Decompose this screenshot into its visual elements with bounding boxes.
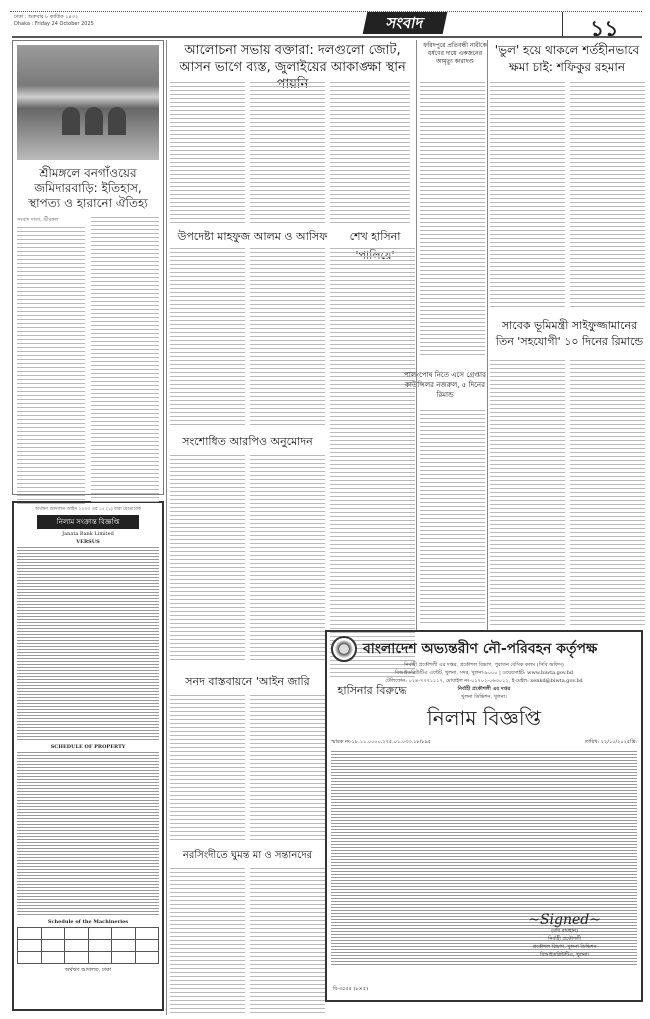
article-body xyxy=(250,868,325,1013)
signature-block: ~Signed~ (রবি রায়হান) নির্বাহী প্রকৌশলী… xyxy=(528,912,601,960)
schedule-body xyxy=(17,752,159,917)
article-body xyxy=(91,217,159,505)
article-body xyxy=(17,227,85,507)
article-body xyxy=(170,82,245,224)
notice-preamble: অর্থঋণ আদালত আইন ২০০৩ এর ১২ (১) ধারা মোত… xyxy=(17,506,159,513)
column-rule xyxy=(166,40,167,1015)
signer-place: বিআইডব্লিউটিএ, খুলনা। xyxy=(528,952,601,960)
signature: ~Signed~ xyxy=(528,912,601,928)
article-body xyxy=(170,695,245,840)
newspaper-logo: সংবাদ xyxy=(363,12,448,34)
article-body xyxy=(250,695,325,840)
headline-sanad: সনদ বাস্তবায়নে 'আইন জারি xyxy=(170,673,325,692)
zamindar-house-photo xyxy=(17,45,159,160)
column-rule xyxy=(416,40,417,630)
machinery-table xyxy=(17,927,159,964)
headline-rpo: সংশোধিত আরপিও অনুমোদন xyxy=(170,433,325,452)
signer-name: (রবি রায়হান) xyxy=(528,928,601,936)
article-body xyxy=(420,82,485,357)
column-rule xyxy=(487,40,488,630)
article-body xyxy=(250,82,325,224)
dateline-english: Dhaka : Friday 24 October 2025 xyxy=(14,21,94,28)
divider xyxy=(562,12,563,36)
article-body xyxy=(570,82,645,307)
headline-councillor: পালংপোষ নিতে এসে গ্রেপ্তার কাউন্সিলর নজর… xyxy=(400,370,490,400)
notice-footer: অর্থঋণ আদালত, ঢাকা xyxy=(17,967,159,975)
feature-byline: সংবাদ দাতা, শ্রীমঙ্গল xyxy=(17,217,85,225)
article-body xyxy=(170,248,245,428)
biwta-auction-notice: বাংলাদেশ অভ্যন্তরীণ নৌ-পরিবহন কর্তৃপক্ষ … xyxy=(325,630,643,1002)
feature-headline: শ্রীমঙ্গলে বনগাঁওয়ের জমিদারবাড়ি: ইতিহা… xyxy=(17,166,159,211)
article-body xyxy=(330,82,410,224)
ad-reference: বি-৩৫৫৫ (৮×৫) xyxy=(333,986,368,994)
signer-dept: প্রকৌশল বিভাগ, খুলনা ডিভিশন xyxy=(528,944,601,952)
headline-faridpur: ফরিদপুরে প্রতিবন্ধী নারীকে ধর্ষণের দায়ে… xyxy=(420,42,490,66)
dotted-rule xyxy=(10,11,642,12)
dateline-bangla: ঢাকা : শুক্রবার ৮ কার্তিক ১৪৩২ xyxy=(14,14,94,21)
header-rule xyxy=(12,36,642,38)
article-body xyxy=(570,360,645,625)
left-column: শ্রীমঙ্গলে বনগাঁওয়ের জমিদারবাড়ি: ইতিহা… xyxy=(12,40,164,1011)
article-body xyxy=(170,455,245,660)
article-body xyxy=(490,360,565,625)
notice-body xyxy=(17,547,159,742)
contact-line: টেলিফোন: ০২৪-৭৭৭১১১৭, মোবাইল নং-০১৭০২-০৬… xyxy=(331,678,637,686)
headline-mahfuz: উপদেষ্টা মাহফুজ আলম ও আসিফ xyxy=(170,228,335,247)
signer-title: নির্বাহী প্রকৌশলী xyxy=(528,936,601,944)
article-body xyxy=(420,410,485,625)
address-line: বিআইডব্লিউটিএ এন্টেট, খুলনা, সদর, খুলনা-… xyxy=(331,670,637,678)
article-body xyxy=(170,868,245,1013)
notice-title: নিলাম সংক্রান্ত বিজ্ঞপ্তি xyxy=(37,515,139,529)
notice-date: তারিখ: ২২/১০/২০২৫খ্রি: xyxy=(585,739,637,747)
biwta-emblem-icon xyxy=(331,636,357,662)
headline-shafiqur: 'ভুল' হয়ে থাকলে শর্তহীনভাবে ক্ষমা চাই: … xyxy=(488,42,646,76)
headline-saifuzzaman: সাবেক ভূমিমন্ত্রী সাইফুজ্জামানের তিন 'সহ… xyxy=(492,318,647,350)
office-name: নির্বাহী প্রকৌশলী এর দপ্তর xyxy=(331,686,637,694)
auction-notice-left: অর্থঋণ আদালত আইন ২০০৩ এর ১২ (১) ধারা মোত… xyxy=(12,501,164,1011)
headline-narsingdi: নরসিংদীতে ঘুমন্ত মা ও সন্তানদের xyxy=(170,848,325,865)
schedule-heading: SCHEDULE OF PROPERTY xyxy=(17,744,159,750)
versus-label: VERSUS xyxy=(17,539,159,545)
org-name: বাংলাদেশ অভ্যন্তরীণ নৌ-পরিবহন কর্তৃপক্ষ xyxy=(363,637,597,661)
notice-title: নিলাম বিজ্ঞপ্তি xyxy=(331,704,637,737)
machinery-heading: Schedule of the Machineries xyxy=(17,919,159,925)
article-body xyxy=(250,455,325,660)
article-body xyxy=(490,82,565,307)
division-name: খুলনা ডিভিশন, খুলনা। xyxy=(331,694,637,702)
masthead: ঢাকা : শুক্রবার ৮ কার্তিক ১৪৩২ Dhaka : F… xyxy=(0,0,650,40)
bank-name: Janata Bank Limited xyxy=(17,531,159,537)
memo-number: স্মারক নং-১৮.১১.০০০০.২৭৫.০১.০৩৩.১৮/৮৯৫ xyxy=(331,739,431,747)
article-body xyxy=(250,248,325,428)
address-line: নির্বাহী প্রকৌশলী এর দপ্তর, প্রকৌশল বিভা… xyxy=(331,662,637,670)
feature-story: শ্রীমঙ্গলে বনগাঁওয়ের জমিদারবাড়ি: ইতিহা… xyxy=(12,40,164,495)
dateline: ঢাকা : শুক্রবার ৮ কার্তিক ১৪৩২ Dhaka : F… xyxy=(14,14,94,28)
article-body xyxy=(330,248,415,678)
